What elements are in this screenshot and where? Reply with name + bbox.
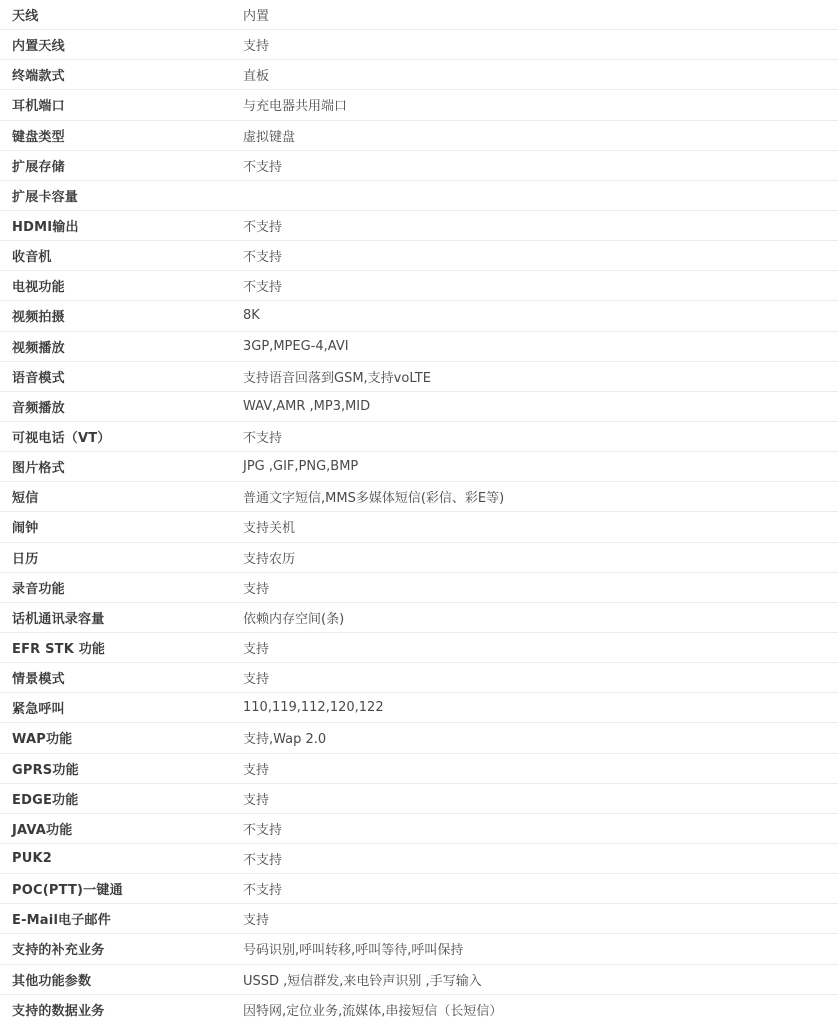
row-label: 日历 — [12, 543, 38, 572]
row-label: 短信 — [12, 482, 38, 511]
row-value: 支持 — [243, 784, 269, 813]
row-label: 情景模式 — [12, 663, 65, 692]
row-value: 号码识别,呼叫转移,呼叫等待,呼叫保持 — [243, 934, 463, 963]
table-row: 情景模式支持 — [0, 663, 838, 693]
row-value: 支持关机 — [243, 512, 295, 541]
table-row: 终端款式直板 — [0, 60, 838, 90]
row-label: 闹钟 — [12, 512, 38, 541]
row-label: WAP功能 — [12, 723, 72, 752]
table-row: 收音机不支持 — [0, 241, 838, 271]
row-label: 天线 — [12, 0, 38, 29]
row-value: 不支持 — [243, 211, 282, 240]
row-label: 其他功能参数 — [12, 965, 91, 994]
table-row: JAVA功能不支持 — [0, 814, 838, 844]
row-label: 内置天线 — [12, 30, 65, 59]
row-label: 话机通讯录容量 — [12, 603, 104, 632]
row-label: 耳机端口 — [12, 90, 65, 119]
table-row: GPRS功能支持 — [0, 754, 838, 784]
row-label: 可视电话（VT） — [12, 422, 111, 451]
row-value: 不支持 — [243, 151, 282, 180]
table-row: 音频播放WAV,AMR ,MP3,MID — [0, 392, 838, 422]
row-label: 键盘类型 — [12, 121, 65, 150]
row-label: 视频播放 — [12, 332, 65, 361]
table-row: 键盘类型虚拟键盘 — [0, 121, 838, 151]
table-row: PUK2不支持 — [0, 844, 838, 874]
table-row: 扩展存储不支持 — [0, 151, 838, 181]
row-label: 扩展卡容量 — [12, 181, 78, 210]
table-row: WAP功能支持,Wap 2.0 — [0, 723, 838, 753]
table-row: 电视功能不支持 — [0, 271, 838, 301]
row-value: 不支持 — [243, 844, 282, 873]
table-row: 语音模式支持语音回落到GSM,支持voLTE — [0, 362, 838, 392]
row-label: 图片格式 — [12, 452, 65, 481]
table-row: 支持的补充业务号码识别,呼叫转移,呼叫等待,呼叫保持 — [0, 934, 838, 964]
row-value: 支持语音回落到GSM,支持voLTE — [243, 362, 431, 391]
table-row: 话机通讯录容量依赖内存空间(条) — [0, 603, 838, 633]
table-row: E-Mail电子邮件支持 — [0, 904, 838, 934]
table-row: 闹钟支持关机 — [0, 512, 838, 542]
row-label: POC(PTT)一键通 — [12, 874, 123, 903]
row-value: 内置 — [243, 0, 269, 29]
table-row: 视频拍摄8K — [0, 301, 838, 331]
table-row: 天线内置 — [0, 0, 838, 30]
row-value: 8K — [243, 301, 260, 330]
row-value: 支持 — [243, 904, 269, 933]
table-row: EFR STK 功能支持 — [0, 633, 838, 663]
row-label: 扩展存储 — [12, 151, 65, 180]
row-label: 支持的补充业务 — [12, 934, 104, 963]
row-label: 紧急呼叫 — [12, 693, 65, 722]
row-label: 音频播放 — [12, 392, 65, 421]
row-value: 直板 — [243, 60, 269, 89]
table-row: HDMI输出不支持 — [0, 211, 838, 241]
row-label: 语音模式 — [12, 362, 65, 391]
row-value: 支持 — [243, 633, 269, 662]
table-row: 支持的数据业务因特网,定位业务,流媒体,串接短信（长短信） — [0, 995, 838, 1020]
row-value: WAV,AMR ,MP3,MID — [243, 392, 370, 421]
row-value: 3GP,MPEG-4,AVI — [243, 332, 349, 361]
row-value: 支持农历 — [243, 543, 295, 572]
row-label: EFR STK 功能 — [12, 633, 105, 662]
row-value: 支持 — [243, 663, 269, 692]
row-value: USSD ,短信群发,来电铃声识别 ,手写输入 — [243, 965, 482, 994]
row-value: 依赖内存空间(条) — [243, 603, 344, 632]
row-value: 支持 — [243, 573, 269, 602]
table-row: 图片格式JPG ,GIF,PNG,BMP — [0, 452, 838, 482]
table-row: 日历支持农历 — [0, 543, 838, 573]
row-label: 终端款式 — [12, 60, 65, 89]
row-value: 不支持 — [243, 271, 282, 300]
row-value: 110,119,112,120,122 — [243, 693, 384, 722]
table-row: 耳机端口与充电器共用端口 — [0, 90, 838, 120]
row-label: PUK2 — [12, 844, 52, 873]
row-label: EDGE功能 — [12, 784, 78, 813]
row-value: 不支持 — [243, 874, 282, 903]
row-label: 电视功能 — [12, 271, 65, 300]
row-label: 支持的数据业务 — [12, 995, 104, 1020]
table-row: 紧急呼叫110,119,112,120,122 — [0, 693, 838, 723]
row-value: 因特网,定位业务,流媒体,串接短信（长短信） — [243, 995, 502, 1020]
row-value: 与充电器共用端口 — [243, 90, 347, 119]
spec-table: 天线内置 内置天线支持 终端款式直板 耳机端口与充电器共用端口 键盘类型虚拟键盘… — [0, 0, 838, 1020]
row-value: 不支持 — [243, 814, 282, 843]
row-label: 收音机 — [12, 241, 52, 270]
row-value: 支持 — [243, 754, 269, 783]
table-row: 内置天线支持 — [0, 30, 838, 60]
row-label: E-Mail电子邮件 — [12, 904, 111, 933]
row-label: GPRS功能 — [12, 754, 79, 783]
table-row: 录音功能支持 — [0, 573, 838, 603]
table-row: 短信普通文字短信,MMS多媒体短信(彩信、彩E等) — [0, 482, 838, 512]
row-value: 虚拟键盘 — [243, 121, 295, 150]
table-row: EDGE功能支持 — [0, 784, 838, 814]
row-label: 录音功能 — [12, 573, 65, 602]
row-label: HDMI输出 — [12, 211, 79, 240]
row-value: 普通文字短信,MMS多媒体短信(彩信、彩E等) — [243, 482, 504, 511]
row-value: 支持 — [243, 30, 269, 59]
table-row: 扩展卡容量 — [0, 181, 838, 211]
table-row: 其他功能参数USSD ,短信群发,来电铃声识别 ,手写输入 — [0, 965, 838, 995]
row-value: 不支持 — [243, 422, 282, 451]
row-label: JAVA功能 — [12, 814, 72, 843]
row-value: 不支持 — [243, 241, 282, 270]
row-value: JPG ,GIF,PNG,BMP — [243, 452, 358, 481]
table-row: 可视电话（VT）不支持 — [0, 422, 838, 452]
table-row: POC(PTT)一键通不支持 — [0, 874, 838, 904]
table-row: 视频播放3GP,MPEG-4,AVI — [0, 332, 838, 362]
row-label: 视频拍摄 — [12, 301, 65, 330]
row-value: 支持,Wap 2.0 — [243, 723, 326, 752]
